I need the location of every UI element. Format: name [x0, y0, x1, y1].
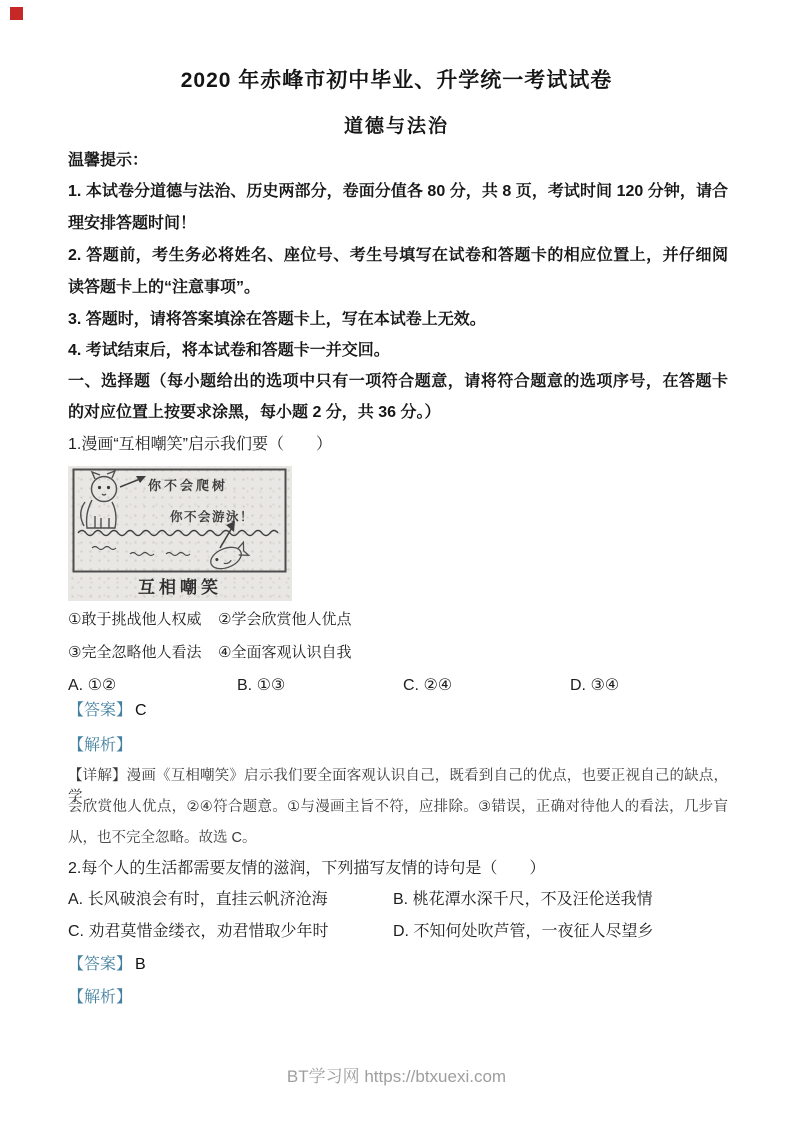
comic-small-waves: [92, 547, 190, 556]
question-2-answer-row: 【答案】B: [68, 954, 728, 975]
choice-d: D. ③④: [570, 675, 619, 696]
answer-value: B: [135, 956, 146, 973]
suboption-4: ④全面客观认识自我: [218, 642, 351, 663]
question-1-detail-line-3: 从，也不完全忽略。故选 C。: [68, 828, 728, 849]
suboption-2: ②学会欣赏他人优点: [218, 609, 351, 630]
red-marker-icon: [10, 7, 23, 20]
comic-caption: 互相嘲笑: [68, 573, 292, 598]
watermark-footer: BT学习网 https://btxuexi.com: [0, 1062, 793, 1087]
notice-item-1-line-1: 1. 本试卷分道德与法治、历史两部分，卷面分值各 80 分，共 8 页，考试时间…: [68, 181, 728, 202]
notice-item-1-line-2: 理安排答题时间！: [68, 213, 728, 234]
analysis-label: 【解析】: [68, 735, 728, 756]
comic-speech-1: 你不会爬树: [148, 475, 228, 494]
page-subtitle: 道德与法治: [0, 111, 793, 138]
analysis-label: 【解析】: [68, 987, 728, 1008]
page-title: 2020 年赤峰市初中毕业、升学统一考试试卷: [0, 64, 793, 94]
choice-a: A. ①②: [68, 675, 116, 696]
comic-cat: [81, 471, 117, 528]
notice-item-2-line-1: 2. 答题前，考生务必将姓名、座位号、考生号填写在试卷和答题卡的相应位置上，并仔…: [68, 245, 728, 266]
comic-illustration: 你不会爬树 你不会游泳！ 互相嘲笑: [68, 466, 292, 601]
notice-item-3: 3. 答题时，请将答案填涂在答题卡上，写在本试卷上无效。: [68, 309, 728, 330]
exam-document-page: 2020 年赤峰市初中毕业、升学统一考试试卷 道德与法治 温馨提示： 1. 本试…: [0, 0, 793, 1122]
comic-water-line: [78, 531, 278, 536]
question-1-answer-row: 【答案】C: [68, 700, 728, 721]
choice-d: D. 不知何处吹芦管，一夜征人尽望乡: [393, 921, 653, 942]
answer-label: 【答案】: [68, 956, 132, 973]
choice-c: C. ②④: [403, 675, 452, 696]
comic-fish: [208, 541, 250, 573]
suboption-3: ③完全忽略他人看法: [68, 642, 201, 663]
question-2-stem: 2.每个人的生活都需要友情的滋润，下列描写友情的诗句是（ ）: [68, 858, 728, 879]
question-1-stem: 1.漫画“互相嘲笑”启示我们要（ ）: [68, 434, 728, 455]
answer-label: 【答案】: [68, 702, 132, 719]
section-heading-line-2: 的对应位置上按要求涂黑，每小题 2 分，共 36 分。）: [68, 402, 728, 423]
choice-b: B. 桃花潭水深千尺，不及汪伦送我情: [393, 889, 653, 910]
question-1-detail-line-2: 会欣赏他人优点，②④符合题意。①与漫画主旨不符，应排除。③错误，正确对待他人的看…: [68, 797, 728, 818]
choice-a: A. 长风破浪会有时，直挂云帆济沧海: [68, 889, 328, 910]
arrow-icon: [120, 476, 146, 487]
notice-item-2-line-2: 读答题卡上的“注意事项”。: [68, 277, 728, 298]
notice-heading: 温馨提示：: [68, 150, 728, 171]
suboption-1: ①敢于挑战他人权威: [68, 609, 201, 630]
comic-speech-2: 你不会游泳！: [170, 507, 254, 525]
choice-b: B. ①③: [237, 675, 285, 696]
section-heading-line-1: 一、选择题（每小题给出的选项中只有一项符合题意，请将符合题意的选项序号，在答题卡: [68, 371, 728, 392]
notice-item-4: 4. 考试结束后，将本试卷和答题卡一并交回。: [68, 340, 728, 361]
choice-c: C. 劝君莫惜金缕衣，劝君惜取少年时: [68, 921, 328, 942]
answer-value: C: [135, 702, 147, 719]
